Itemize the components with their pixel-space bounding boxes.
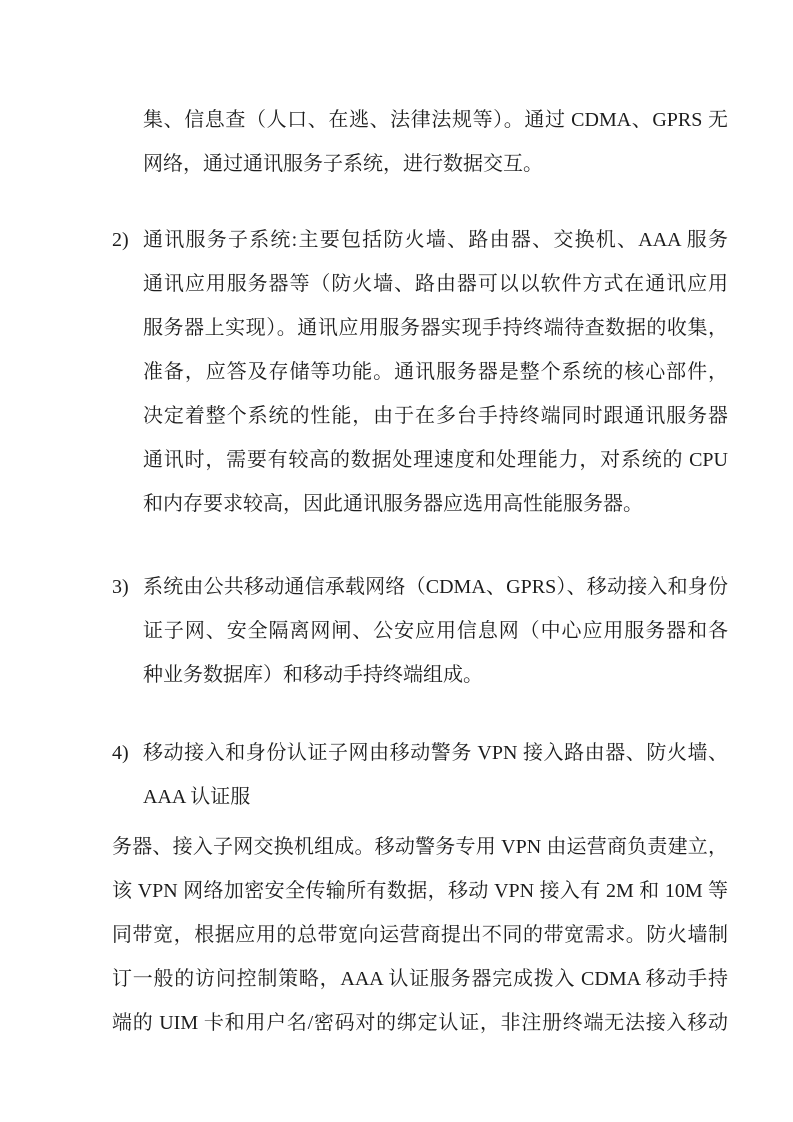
list-number-2: 2) — [112, 218, 129, 262]
text-line: 务器、接入子网交换机组成。移动警务专用 VPN 由运营商负责建立， — [112, 825, 728, 869]
text-line: 种业务数据库）和移动手持终端组成。 — [143, 653, 728, 697]
text-line: 订一般的访问控制策略，AAA 认证服务器完成拨入 CDMA 移动手持终 — [112, 957, 728, 1001]
list-number-3: 3) — [112, 565, 129, 609]
text-line: 集、信息查（人口、在逃、法律法规等）。通过 CDMA、GPRS 无线 — [143, 98, 728, 142]
text-line: 决定着整个系统的性能，由于在多台手持终端同时跟通讯服务器 — [143, 394, 728, 438]
text-line: 准备，应答及存储等功能。通讯服务器是整个系统的核心部件， — [143, 350, 728, 394]
list-item-4: 4) 移动接入和身份认证子网由移动警务 VPN 接入路由器、防火墙、 AAA 认… — [112, 731, 728, 819]
text-line: 移动接入和身份认证子网由移动警务 VPN 接入路由器、防火墙、 — [143, 731, 728, 775]
text-line: 端的 UIM 卡和用户名/密码对的绑定认证，非注册终端无法接入移动 — [112, 1001, 728, 1045]
text-line: 网络，通过通讯服务子系统，进行数据交互。 — [143, 142, 728, 186]
text-line: 同带宽，根据应用的总带宽向运营商提出不同的带宽需求。防火墙制 — [112, 913, 728, 957]
list-item-2: 2) 通讯服务子系统:主要包括防火墙、路由器、交换机、AAA 服务器、 通讯应用… — [112, 218, 728, 526]
paragraph-continuation-bottom: 务器、接入子网交换机组成。移动警务专用 VPN 由运营商负责建立， 该 VPN … — [112, 825, 728, 1045]
text-line: 系统由公共移动通信承载网络（CDMA、GPRS）、移动接入和身份认 — [143, 565, 728, 609]
list-number-4: 4) — [112, 731, 129, 775]
text-line: 通讯时，需要有较高的数据处理速度和处理能力，对系统的 CPU — [143, 438, 728, 482]
text-line: 通讯应用服务器等（防火墙、路由器可以以软件方式在通讯应用 — [143, 262, 728, 306]
text-line: 通讯服务子系统:主要包括防火墙、路由器、交换机、AAA 服务器、 — [143, 218, 728, 262]
text-line: AAA 认证服 — [143, 775, 728, 819]
text-line: 服务器上实现）。通讯应用服务器实现手持终端待查数据的收集， — [143, 306, 728, 350]
paragraph-continuation-top: 集、信息查（人口、在逃、法律法规等）。通过 CDMA、GPRS 无线 网络，通过… — [112, 98, 728, 186]
text-line: 该 VPN 网络加密安全传输所有数据，移动 VPN 接入有 2M 和 10M 等… — [112, 869, 728, 913]
text-body: 集、信息查（人口、在逃、法律法规等）。通过 CDMA、GPRS 无线 网络，通过… — [112, 98, 728, 1045]
text-line: 证子网、安全隔离网闸、公安应用信息网（中心应用服务器和各 — [143, 609, 728, 653]
text-line: 和内存要求较高，因此通讯服务器应选用高性能服务器。 — [143, 482, 728, 526]
document-page: 集、信息查（人口、在逃、法律法规等）。通过 CDMA、GPRS 无线 网络，通过… — [0, 0, 793, 1122]
list-item-3: 3) 系统由公共移动通信承载网络（CDMA、GPRS）、移动接入和身份认 证子网… — [112, 565, 728, 697]
